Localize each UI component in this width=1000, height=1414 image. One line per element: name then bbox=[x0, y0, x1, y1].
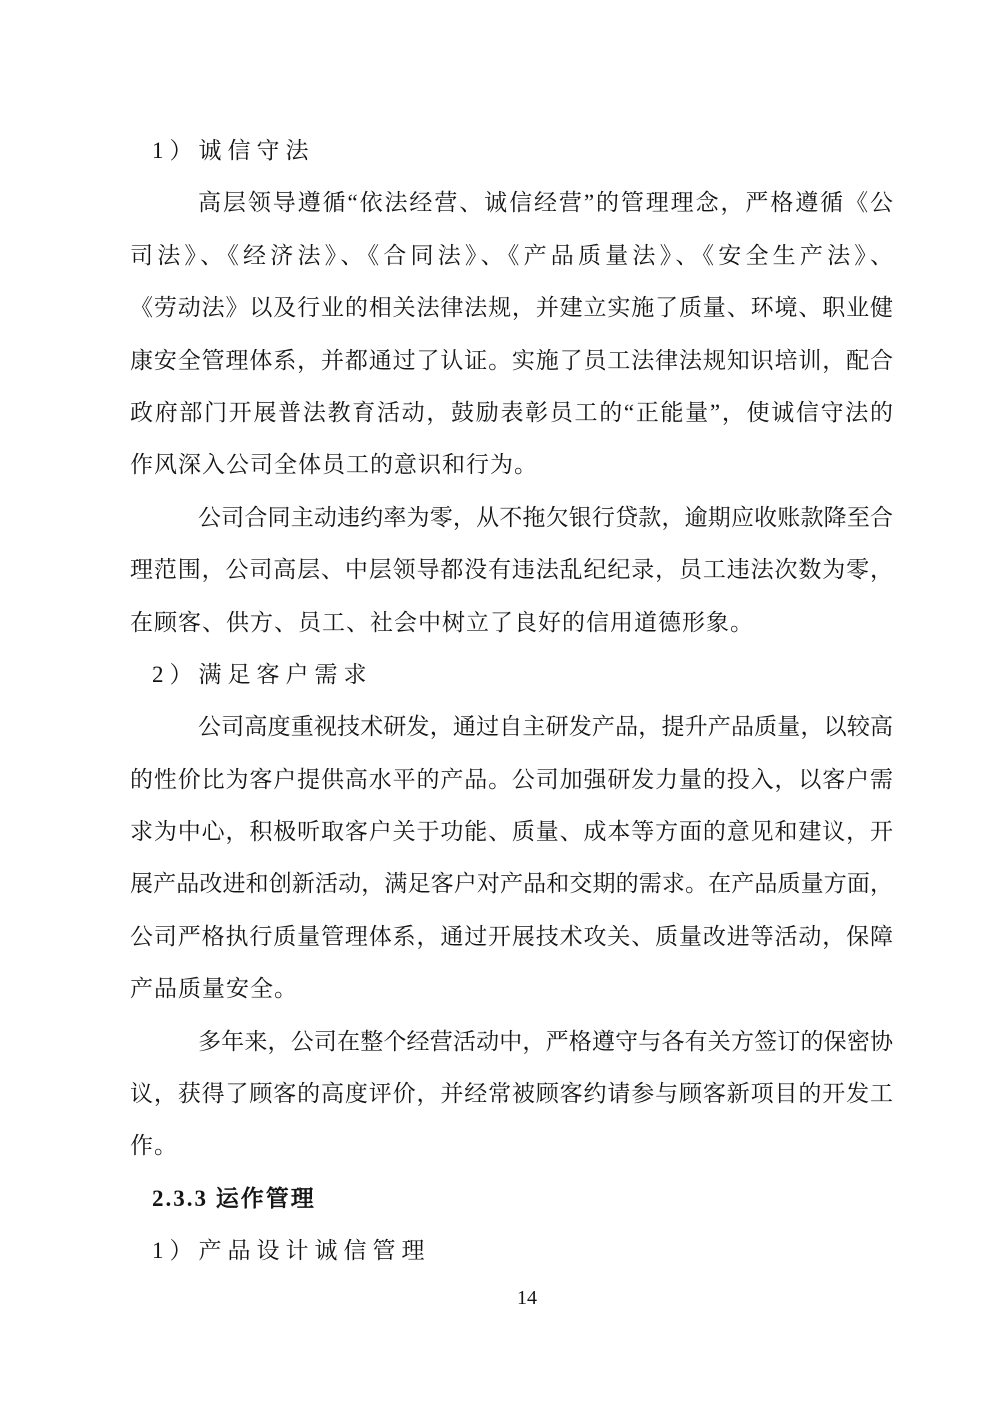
paragraph-line: 公司严格执行质量管理体系，通过开展技术攻关、质量改进等活动，保障 bbox=[130, 911, 893, 963]
list-item-line: 1）产品设计诚信管理 bbox=[130, 1225, 893, 1277]
paragraph-line: 政府部门开展普法教育活动，鼓励表彰员工的“正能量”，使诚信守法的 bbox=[130, 387, 893, 439]
paragraph-line: 产品质量安全。 bbox=[130, 963, 893, 1015]
paragraph-line: 公司高度重视技术研发，通过自主研发产品，提升产品质量，以较高 bbox=[130, 701, 893, 753]
paragraph-line: 作风深入公司全体员工的意识和行为。 bbox=[130, 439, 893, 491]
section-heading: 2.3.3 运作管理 bbox=[130, 1173, 893, 1225]
paragraph-line: 求为中心，积极听取客户关于功能、质量、成本等方面的意见和建议，开 bbox=[130, 806, 893, 858]
paragraph-line: 多年来，公司在整个经营活动中，严格遵守与各有关方签订的保密协 bbox=[130, 1016, 893, 1068]
document-page: 1）诚信守法高层领导遵循“依法经营、诚信经营”的管理理念，严格遵循《公司法》、《… bbox=[0, 0, 1000, 1414]
paragraph-line: 的性价比为客户提供高水平的产品。公司加强研发力量的投入，以客户需 bbox=[130, 754, 893, 806]
paragraph-line: 议，获得了顾客的高度评价，并经常被顾客约请参与顾客新项目的开发工 bbox=[130, 1068, 893, 1120]
paragraph-line: 在顾客、供方、员工、社会中树立了良好的信用道德形象。 bbox=[130, 597, 893, 649]
page-number: 14 bbox=[517, 1286, 537, 1310]
paragraph-line: 作。 bbox=[130, 1120, 893, 1172]
paragraph-line: 高层领导遵循“依法经营、诚信经营”的管理理念，严格遵循《公 bbox=[130, 177, 893, 229]
paragraph-line: 《劳动法》以及行业的相关法律法规，并建立实施了质量、环境、职业健 bbox=[130, 282, 893, 334]
list-item-line: 1）诚信守法 bbox=[130, 125, 893, 177]
list-item-line: 2）满足客户需求 bbox=[130, 649, 893, 701]
paragraph-line: 展产品改进和创新活动，满足客户对产品和交期的需求。在产品质量方面， bbox=[130, 858, 893, 910]
paragraph-line: 司法》、《经济法》、《合同法》、《产品质量法》、《安全生产法》、 bbox=[130, 230, 893, 282]
paragraph-line: 康安全管理体系，并都通过了认证。实施了员工法律法规知识培训，配合 bbox=[130, 335, 893, 387]
paragraph-line: 理范围，公司高层、中层领导都没有违法乱纪纪录，员工违法次数为零， bbox=[130, 544, 893, 596]
paragraph-line: 公司合同主动违约率为零，从不拖欠银行贷款，逾期应收账款降至合 bbox=[130, 492, 893, 544]
text-column: 1）诚信守法高层领导遵循“依法经营、诚信经营”的管理理念，严格遵循《公司法》、《… bbox=[130, 125, 893, 1278]
